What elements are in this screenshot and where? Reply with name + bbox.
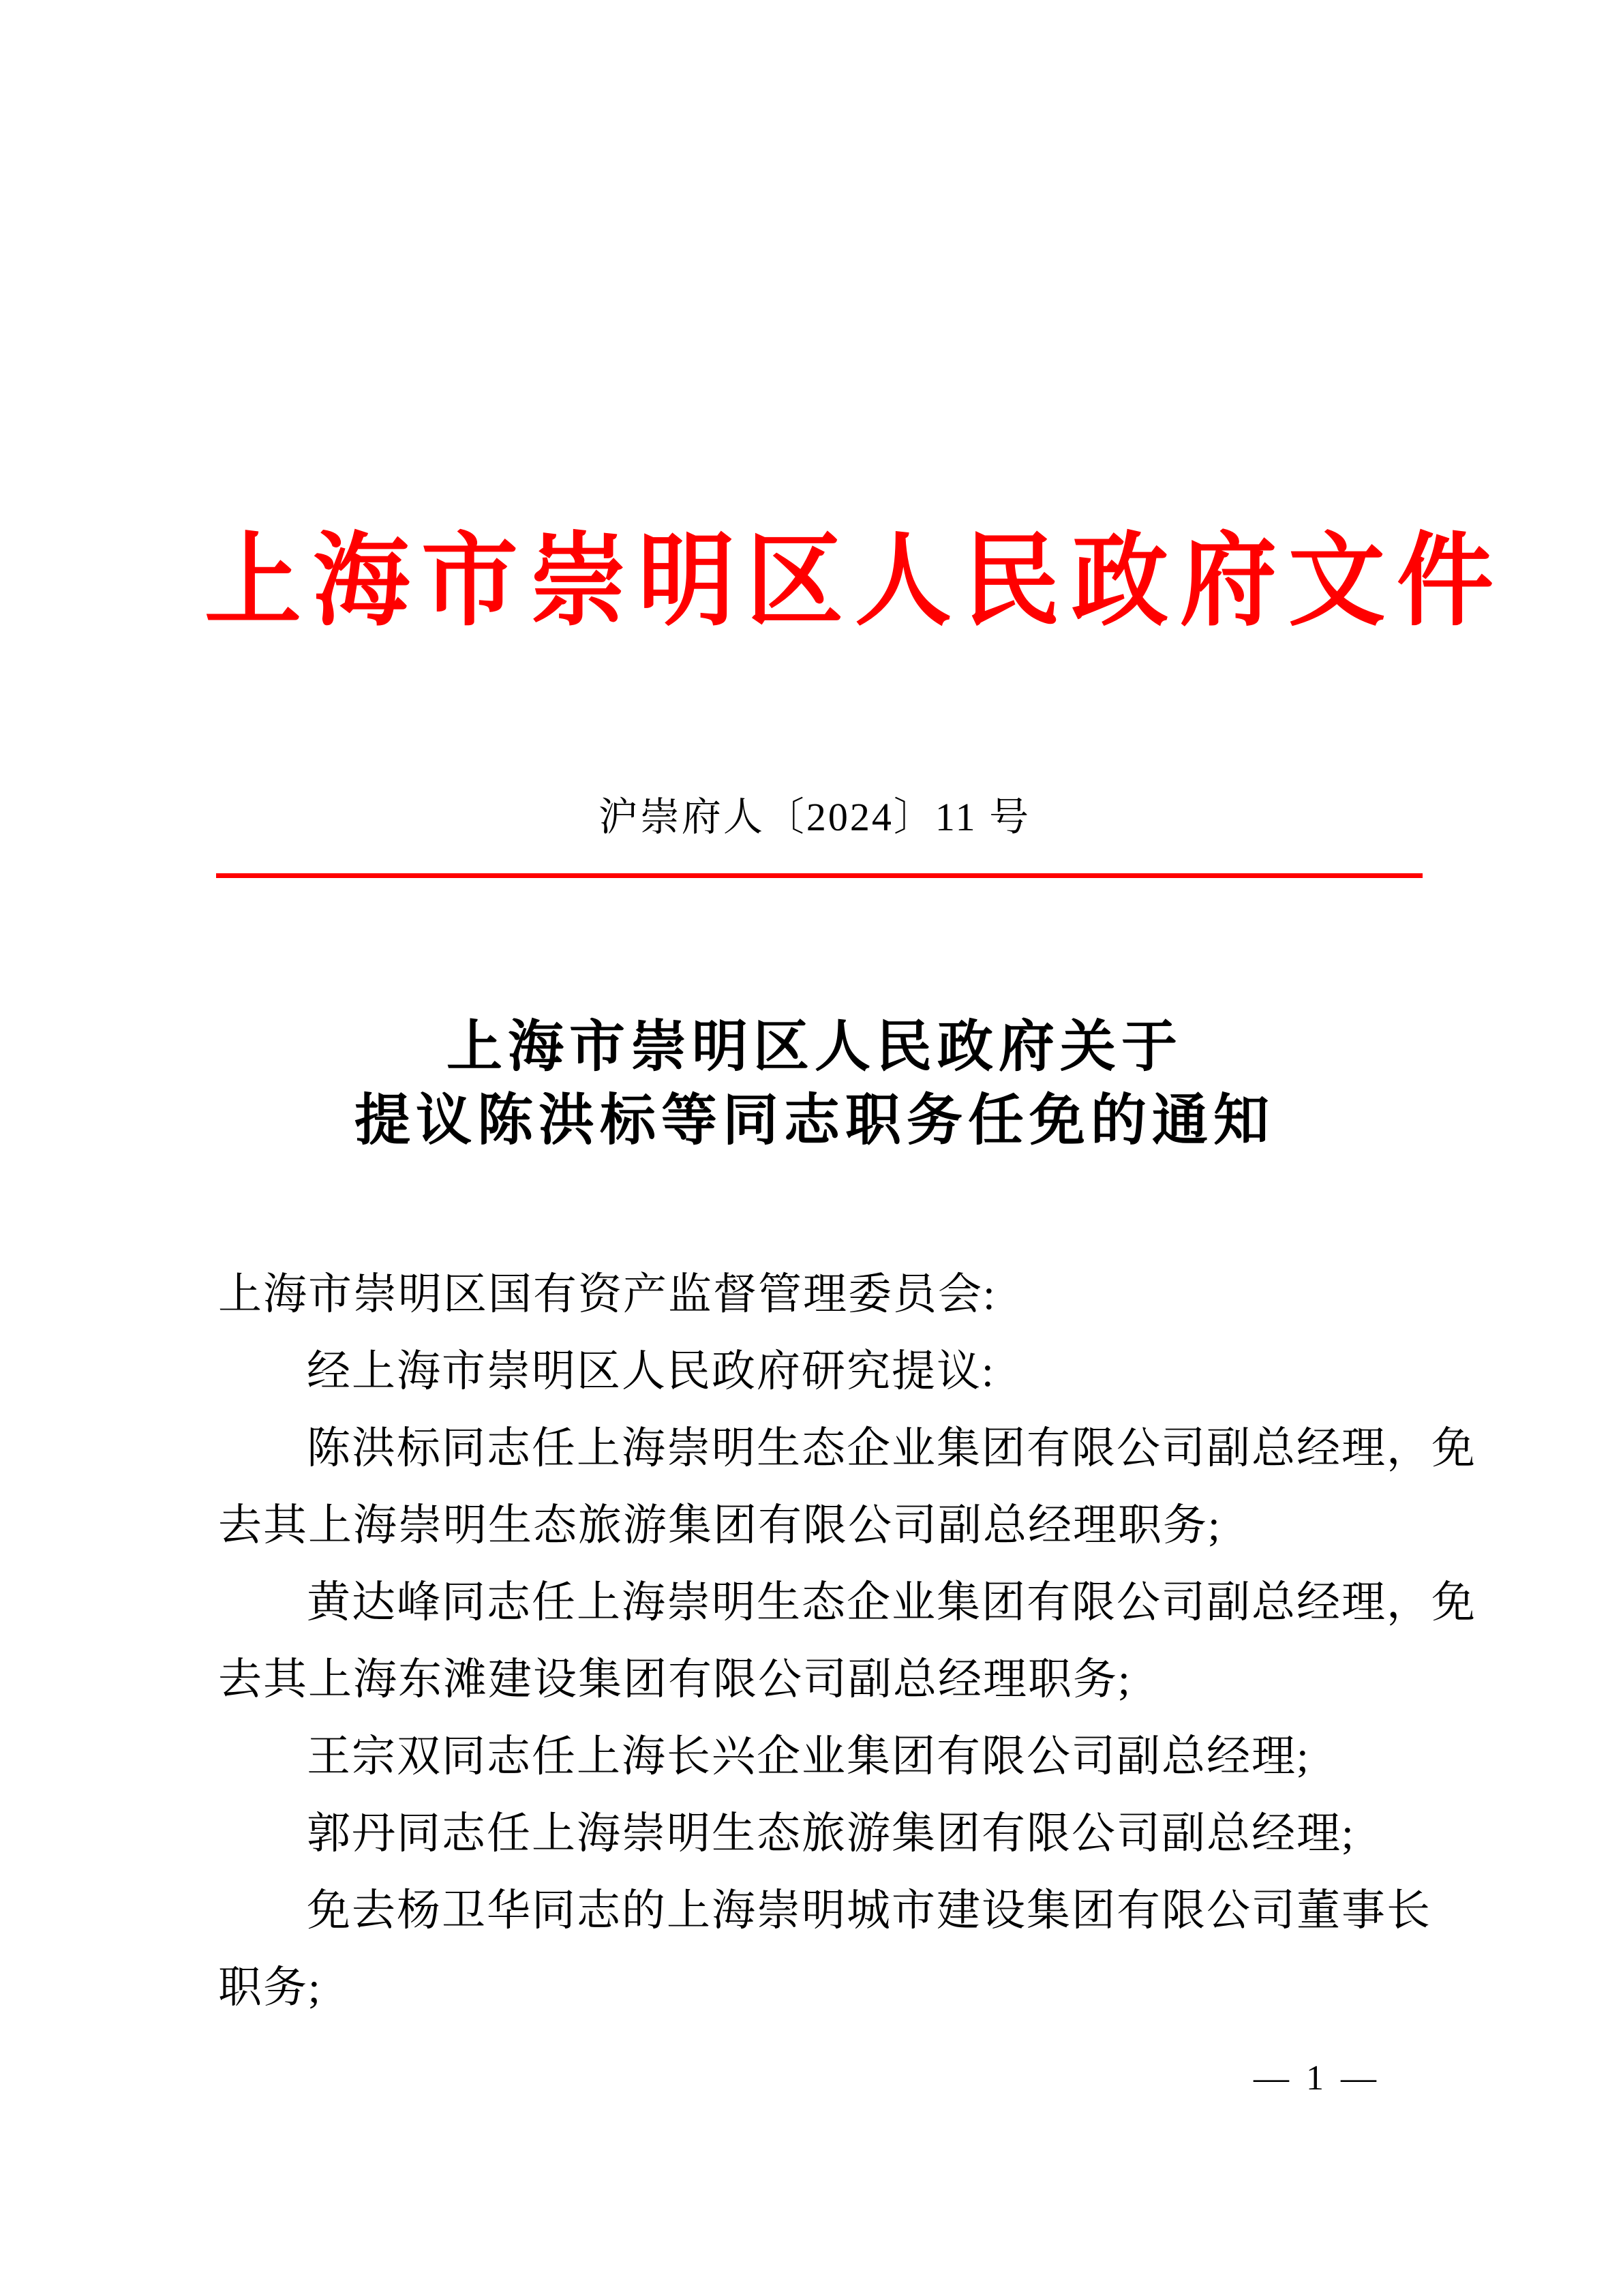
notice-title-line-2: 提议陈洪标等同志职务任免的通知 xyxy=(204,1084,1425,1158)
body-line-recipient: 上海市崇明区国有资产监督管理委员会: xyxy=(218,1256,1428,1333)
notice-title: 上海市崇明区人民政府关于 提议陈洪标等同志职务任免的通知 xyxy=(204,1010,1425,1158)
body-line-item-1b: 去其上海崇明生态旅游集团有限公司副总经理职务; xyxy=(218,1487,1428,1564)
body-line-item-1a: 陈洪标同志任上海崇明生态企业集团有限公司副总经理，免 xyxy=(218,1410,1428,1487)
letterhead-org-title: 上海市崇明区人民政府文件 xyxy=(204,524,1425,640)
page-number: — 1 — xyxy=(1254,2057,1380,2100)
notice-title-line-1: 上海市崇明区人民政府关于 xyxy=(204,1010,1425,1084)
body-line-item-2a: 黄达峰同志任上海崇明生态企业集团有限公司副总经理，免 xyxy=(218,1564,1428,1641)
notice-body: 上海市崇明区国有资产监督管理委员会: 经上海市崇明区人民政府研究提议: 陈洪标同… xyxy=(218,1256,1428,2026)
body-line-item-4: 郭丹同志任上海崇明生态旅游集团有限公司副总经理; xyxy=(218,1795,1428,1872)
document-number: 沪崇府人〔2024〕11 号 xyxy=(204,794,1425,841)
body-line-intro: 经上海市崇明区人民政府研究提议: xyxy=(218,1333,1428,1410)
document-page: 上海市崇明区人民政府文件 沪崇府人〔2024〕11 号 上海市崇明区人民政府关于… xyxy=(0,0,1623,2296)
body-line-item-2b: 去其上海东滩建设集团有限公司副总经理职务; xyxy=(218,1641,1428,1718)
body-line-item-3: 王宗双同志任上海长兴企业集团有限公司副总经理; xyxy=(218,1718,1428,1795)
body-line-item-5a: 免去杨卫华同志的上海崇明城市建设集团有限公司董事长 xyxy=(218,1872,1428,1949)
letterhead-red-rule xyxy=(216,873,1423,878)
body-line-item-5b: 职务; xyxy=(218,1949,1428,2026)
